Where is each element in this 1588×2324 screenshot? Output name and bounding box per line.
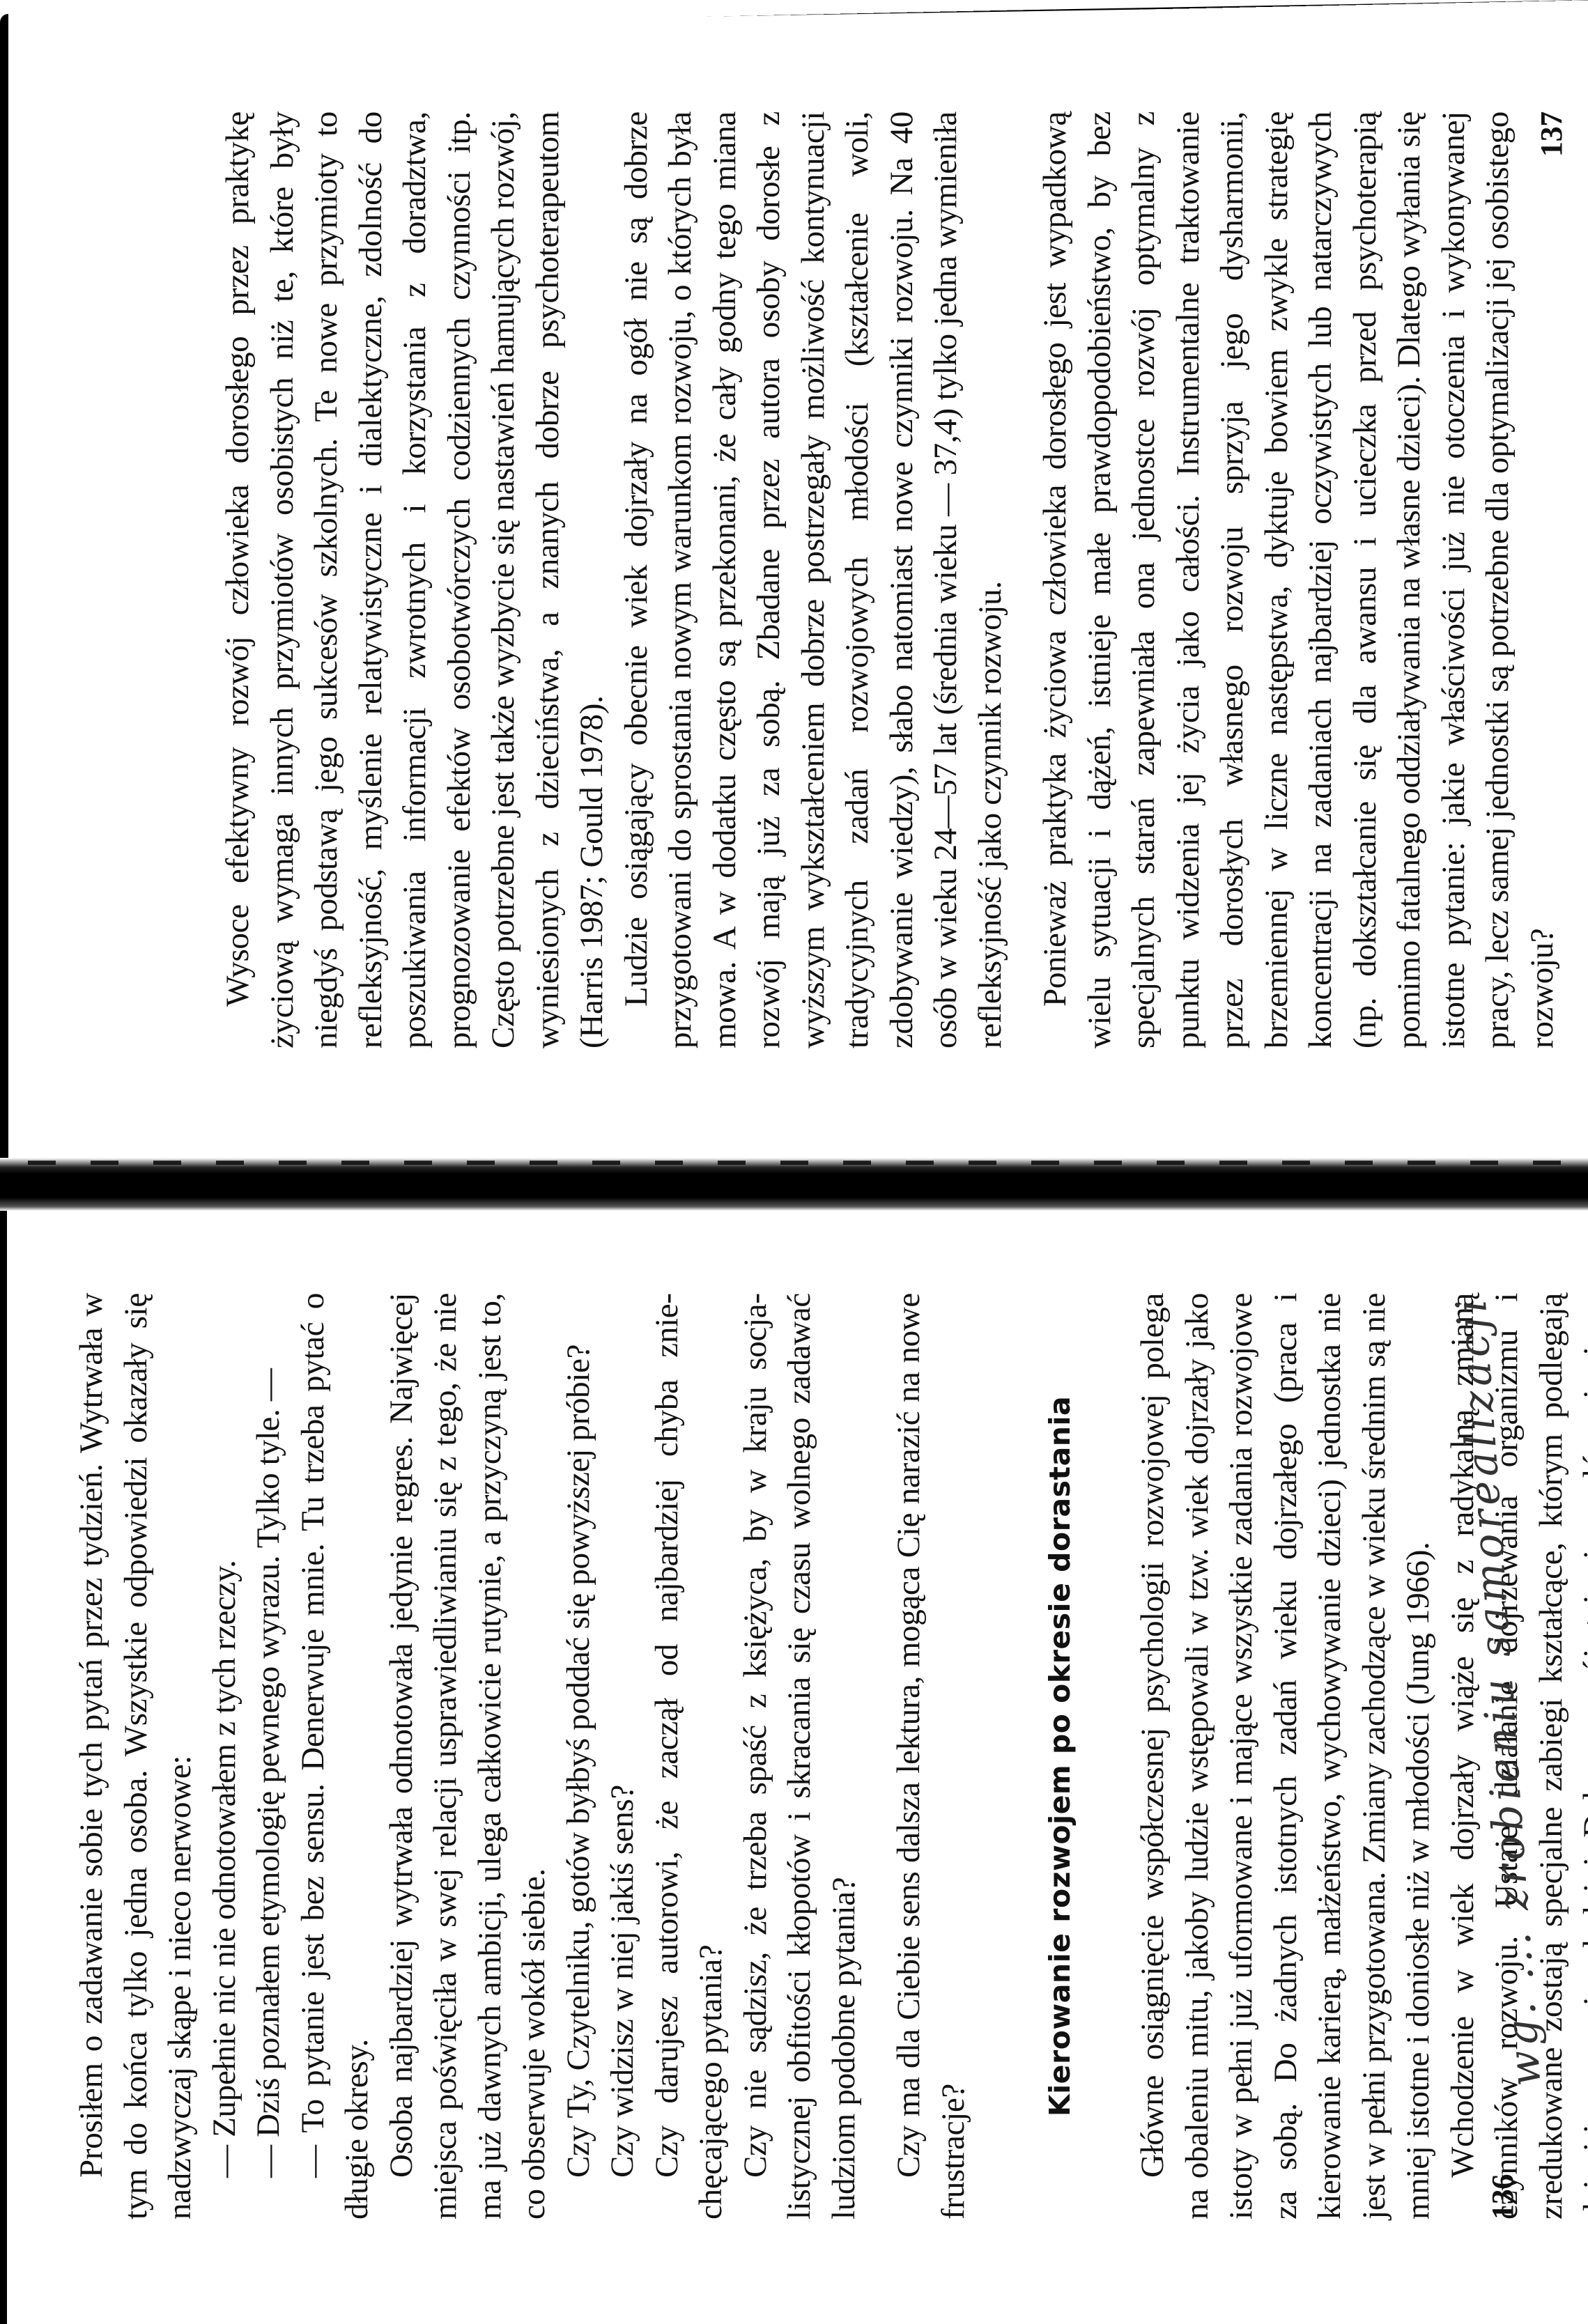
paragraph: Prosiłem o zadawanie sobie tych pytań pr… (70, 1293, 203, 2220)
paragraph: Ponieważ praktyka życiowa człowieka doro… (1033, 111, 1564, 1048)
page-136-text: Prosiłem o zadawanie sobie tych pytań pr… (70, 1209, 1588, 2324)
paragraph: Wysoce efektywny rozwój człowieka dorosł… (216, 111, 615, 1048)
page-number: 137 (1529, 111, 1574, 157)
spacer (1012, 111, 1033, 1048)
paragraph: Główne osiągnięcie współczesnej psycholo… (1131, 1293, 1441, 2220)
paragraph: Osoba najbardziej wytrwała odnotowała je… (380, 1293, 557, 2220)
spacer (1564, 111, 1588, 1048)
page-136-region: Prosiłem o zadawanie sobie tych pytań pr… (0, 1209, 1588, 2324)
book-gutter (0, 1158, 1588, 1211)
gutter-edge-artifact (28, 1161, 1561, 1165)
section-heading: Kierowanie rozwojem po okresie dorastani… (1038, 1293, 1082, 2220)
dialogue-line: — Dziś poznałem etymologię pewnego wyraz… (247, 1293, 291, 2220)
dialogue-line: — To pytanie jest bez sensu. Denerwuje m… (291, 1293, 380, 2220)
spacer (976, 1293, 1038, 2220)
paragraph: Czy ma dla Ciebie sens dalsza lektura, m… (887, 1293, 976, 2220)
spacer (1082, 1293, 1131, 2220)
page-136: Prosiłem o zadawanie sobie tych pytań pr… (0, 1209, 1588, 2324)
page-number: 136 (1481, 2174, 1525, 2220)
paragraph: Czy nie sądzisz, że trzeba spaść z księż… (734, 1293, 867, 2220)
paragraph: Ludzie osiągający obecnie wiek dojrzały … (615, 111, 1013, 1048)
spacer (866, 1293, 887, 2220)
paragraph: Czy darujesz autorowi, że zaczął od najb… (645, 1293, 734, 2220)
page-137-text: Wysoce efektywny rozwój człowieka dorosł… (216, 21, 1588, 1160)
page-137-region: Wysoce efektywny rozwój człowieka dorosł… (0, 21, 1588, 1160)
page-137: Wysoce efektywny rozwój człowieka dorosł… (0, 21, 1588, 1160)
paragraph: Czy widzisz w niej jakiś sens? (601, 1293, 645, 2220)
paragraph: Czy Ty, Czytelniku, gotów byłbyś poddać … (557, 1293, 601, 2220)
dialogue-line: — Zupełnie nic nie odnotowałem z tych rz… (203, 1293, 247, 2220)
